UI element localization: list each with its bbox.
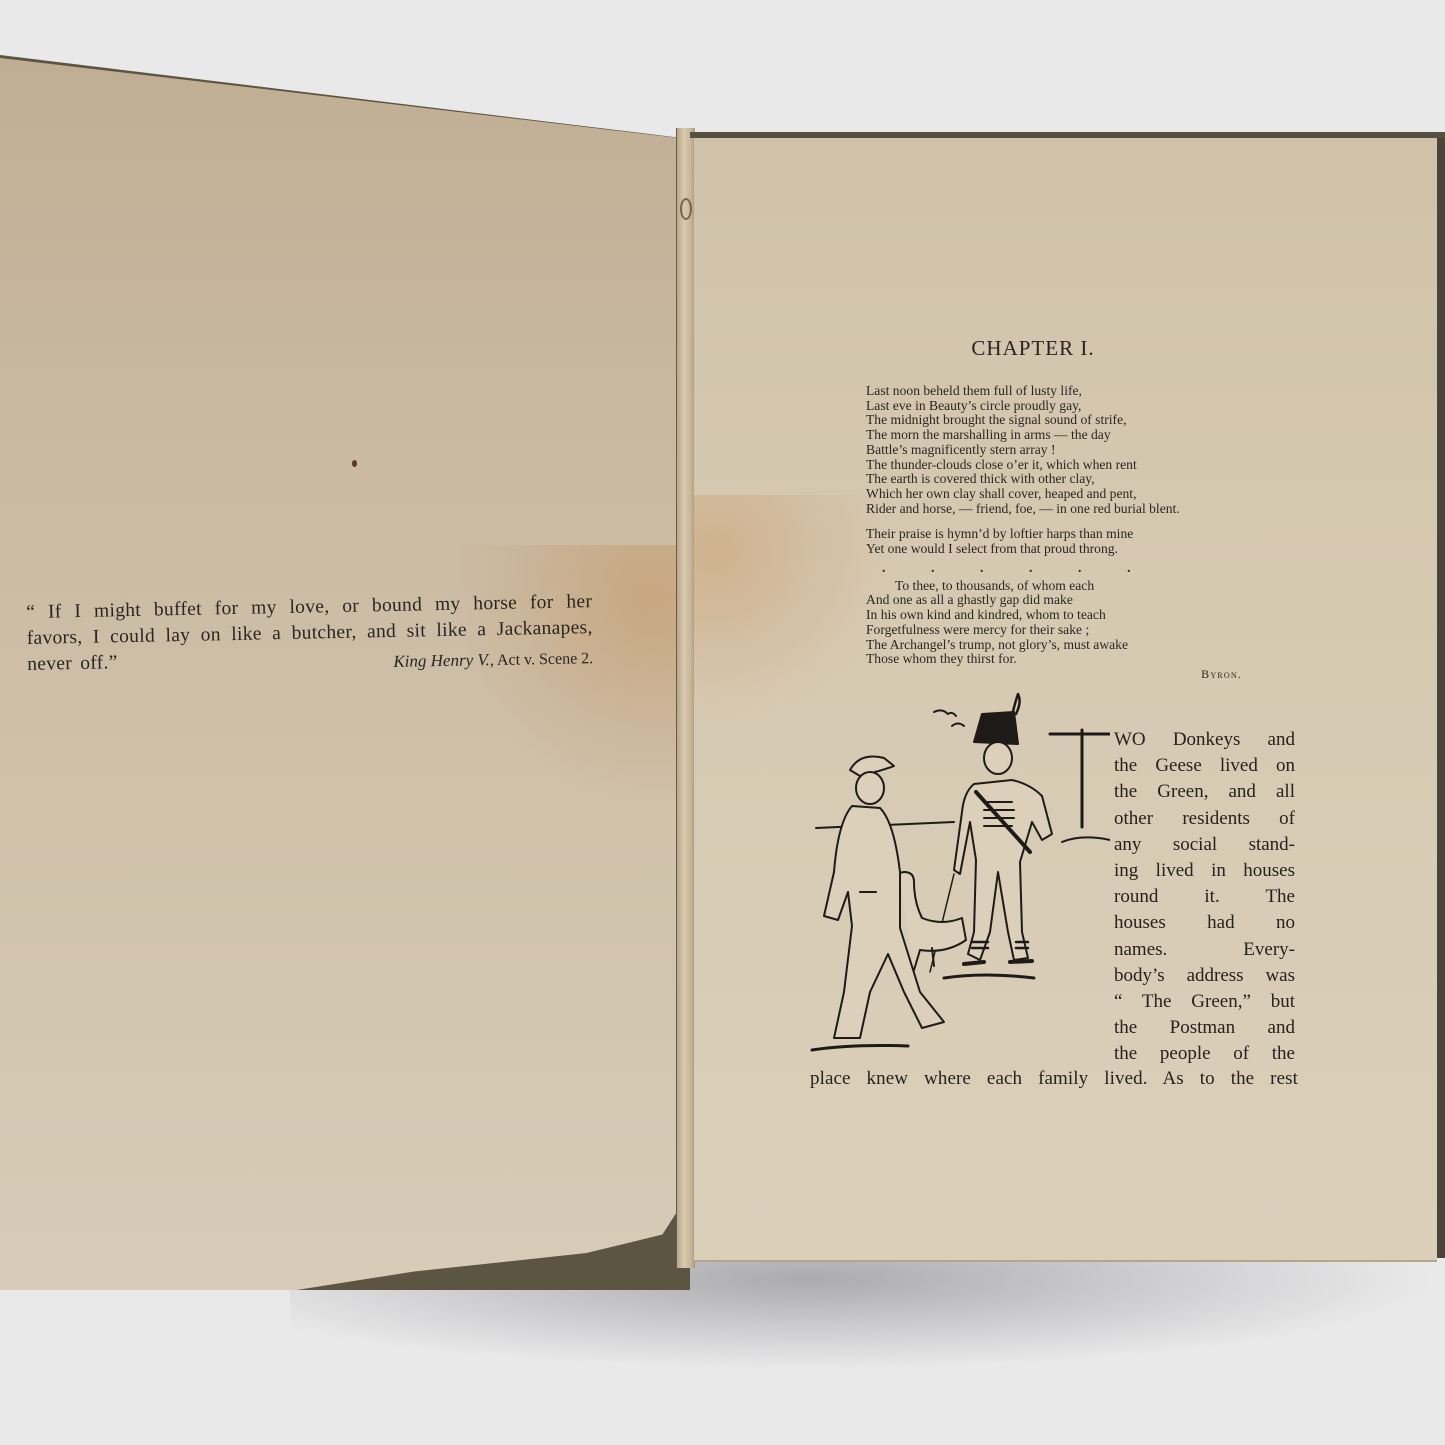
poem-line: The earth is covered thick with other cl… xyxy=(866,472,1246,487)
foxing-stain-left xyxy=(450,545,690,805)
bird-icon xyxy=(934,710,956,716)
book-gutter xyxy=(676,128,695,1268)
body-line: the Postman and xyxy=(1114,1015,1295,1041)
body-line: WO Donkeys and xyxy=(1114,727,1295,753)
poem-line: The Archangel’s trump, not glory’s, must… xyxy=(866,638,1246,653)
chapter-body-wrapped: WO Donkeys and the Geese lived on the Gr… xyxy=(1114,727,1295,1068)
epigraph: “ If I might buffet for my love, or boun… xyxy=(26,589,593,678)
body-line: houses had no xyxy=(1114,910,1295,936)
body-line: “ The Green,” but xyxy=(1114,989,1295,1015)
attribution-reference: , Act v. Scene 2. xyxy=(490,650,594,669)
foxing-stain-right xyxy=(694,495,894,725)
poem-line: The morn the marshalling in arms — the d… xyxy=(866,428,1246,443)
poem-line: Rider and horse, — friend, foe, — in one… xyxy=(866,502,1246,517)
poem-line: Last noon beheld them full of lusty life… xyxy=(866,384,1246,399)
poem-author: Byron. xyxy=(1201,667,1242,682)
poem-epigraph: Last noon beheld them full of lusty life… xyxy=(866,384,1246,678)
poem-line: Which her own clay shall cover, heaped a… xyxy=(866,487,1246,502)
body-line: any social stand- xyxy=(1114,832,1295,858)
poem-ellipsis: . . . . . . xyxy=(866,562,1246,576)
poem-line: The thunder-clouds close o’er it, which … xyxy=(866,458,1246,473)
body-line: the Green, and all xyxy=(1114,779,1295,805)
poem-line: Forgetfulness were mercy for their sake … xyxy=(866,623,1246,638)
body-line-full-width: place knew where each family lived. As t… xyxy=(810,1068,1298,1090)
poem-stanza: To thee, to thousands, of whom each And … xyxy=(866,579,1246,667)
poem-line: In his own kind and kindred, whom to tea… xyxy=(866,608,1246,623)
poem-line: And one as all a ghastly gap did make xyxy=(866,593,1246,608)
poem-line: Last eve in Beauty’s circle proudly gay, xyxy=(866,399,1246,414)
body-line: other residents of xyxy=(1114,806,1295,832)
body-line: round it. The xyxy=(1114,884,1295,910)
epigraph-attribution: King Henry V., Act v. Scene 2. xyxy=(393,645,593,676)
chapter-title: CHAPTER I. xyxy=(868,336,1198,361)
signpost xyxy=(1050,730,1110,827)
poem-line: Yet one would I select from that proud t… xyxy=(866,542,1246,557)
book-cover-right-edge xyxy=(1437,138,1445,1258)
ink-speck xyxy=(352,460,357,467)
poem-line: The midnight brought the signal sound of… xyxy=(866,413,1246,428)
poem-line: To thee, to thousands, of whom each xyxy=(866,579,1246,594)
poem-stanza: Last noon beheld them full of lusty life… xyxy=(866,384,1246,516)
illustration-boy-soldier-goose xyxy=(804,692,1110,1062)
body-line: the Geese lived on xyxy=(1114,753,1295,779)
body-line: body’s address was xyxy=(1114,963,1295,989)
bird-icon xyxy=(952,724,964,727)
attribution-title: King Henry V. xyxy=(393,650,490,671)
body-line: the people of the xyxy=(1114,1041,1295,1067)
body-line: ing lived in houses xyxy=(1114,858,1295,884)
poem-line: Those whom they thirst for. xyxy=(866,652,1246,667)
soldier-figure xyxy=(954,780,1052,960)
body-line: names. Every- xyxy=(1114,937,1295,963)
poem-stanza: Their praise is hymn’d by loftier harps … xyxy=(866,527,1246,556)
binding-thread xyxy=(680,198,692,220)
poem-line: Battle’s magnificently stern array ! xyxy=(866,443,1246,458)
poem-line: Their praise is hymn’d by loftier harps … xyxy=(866,527,1246,542)
